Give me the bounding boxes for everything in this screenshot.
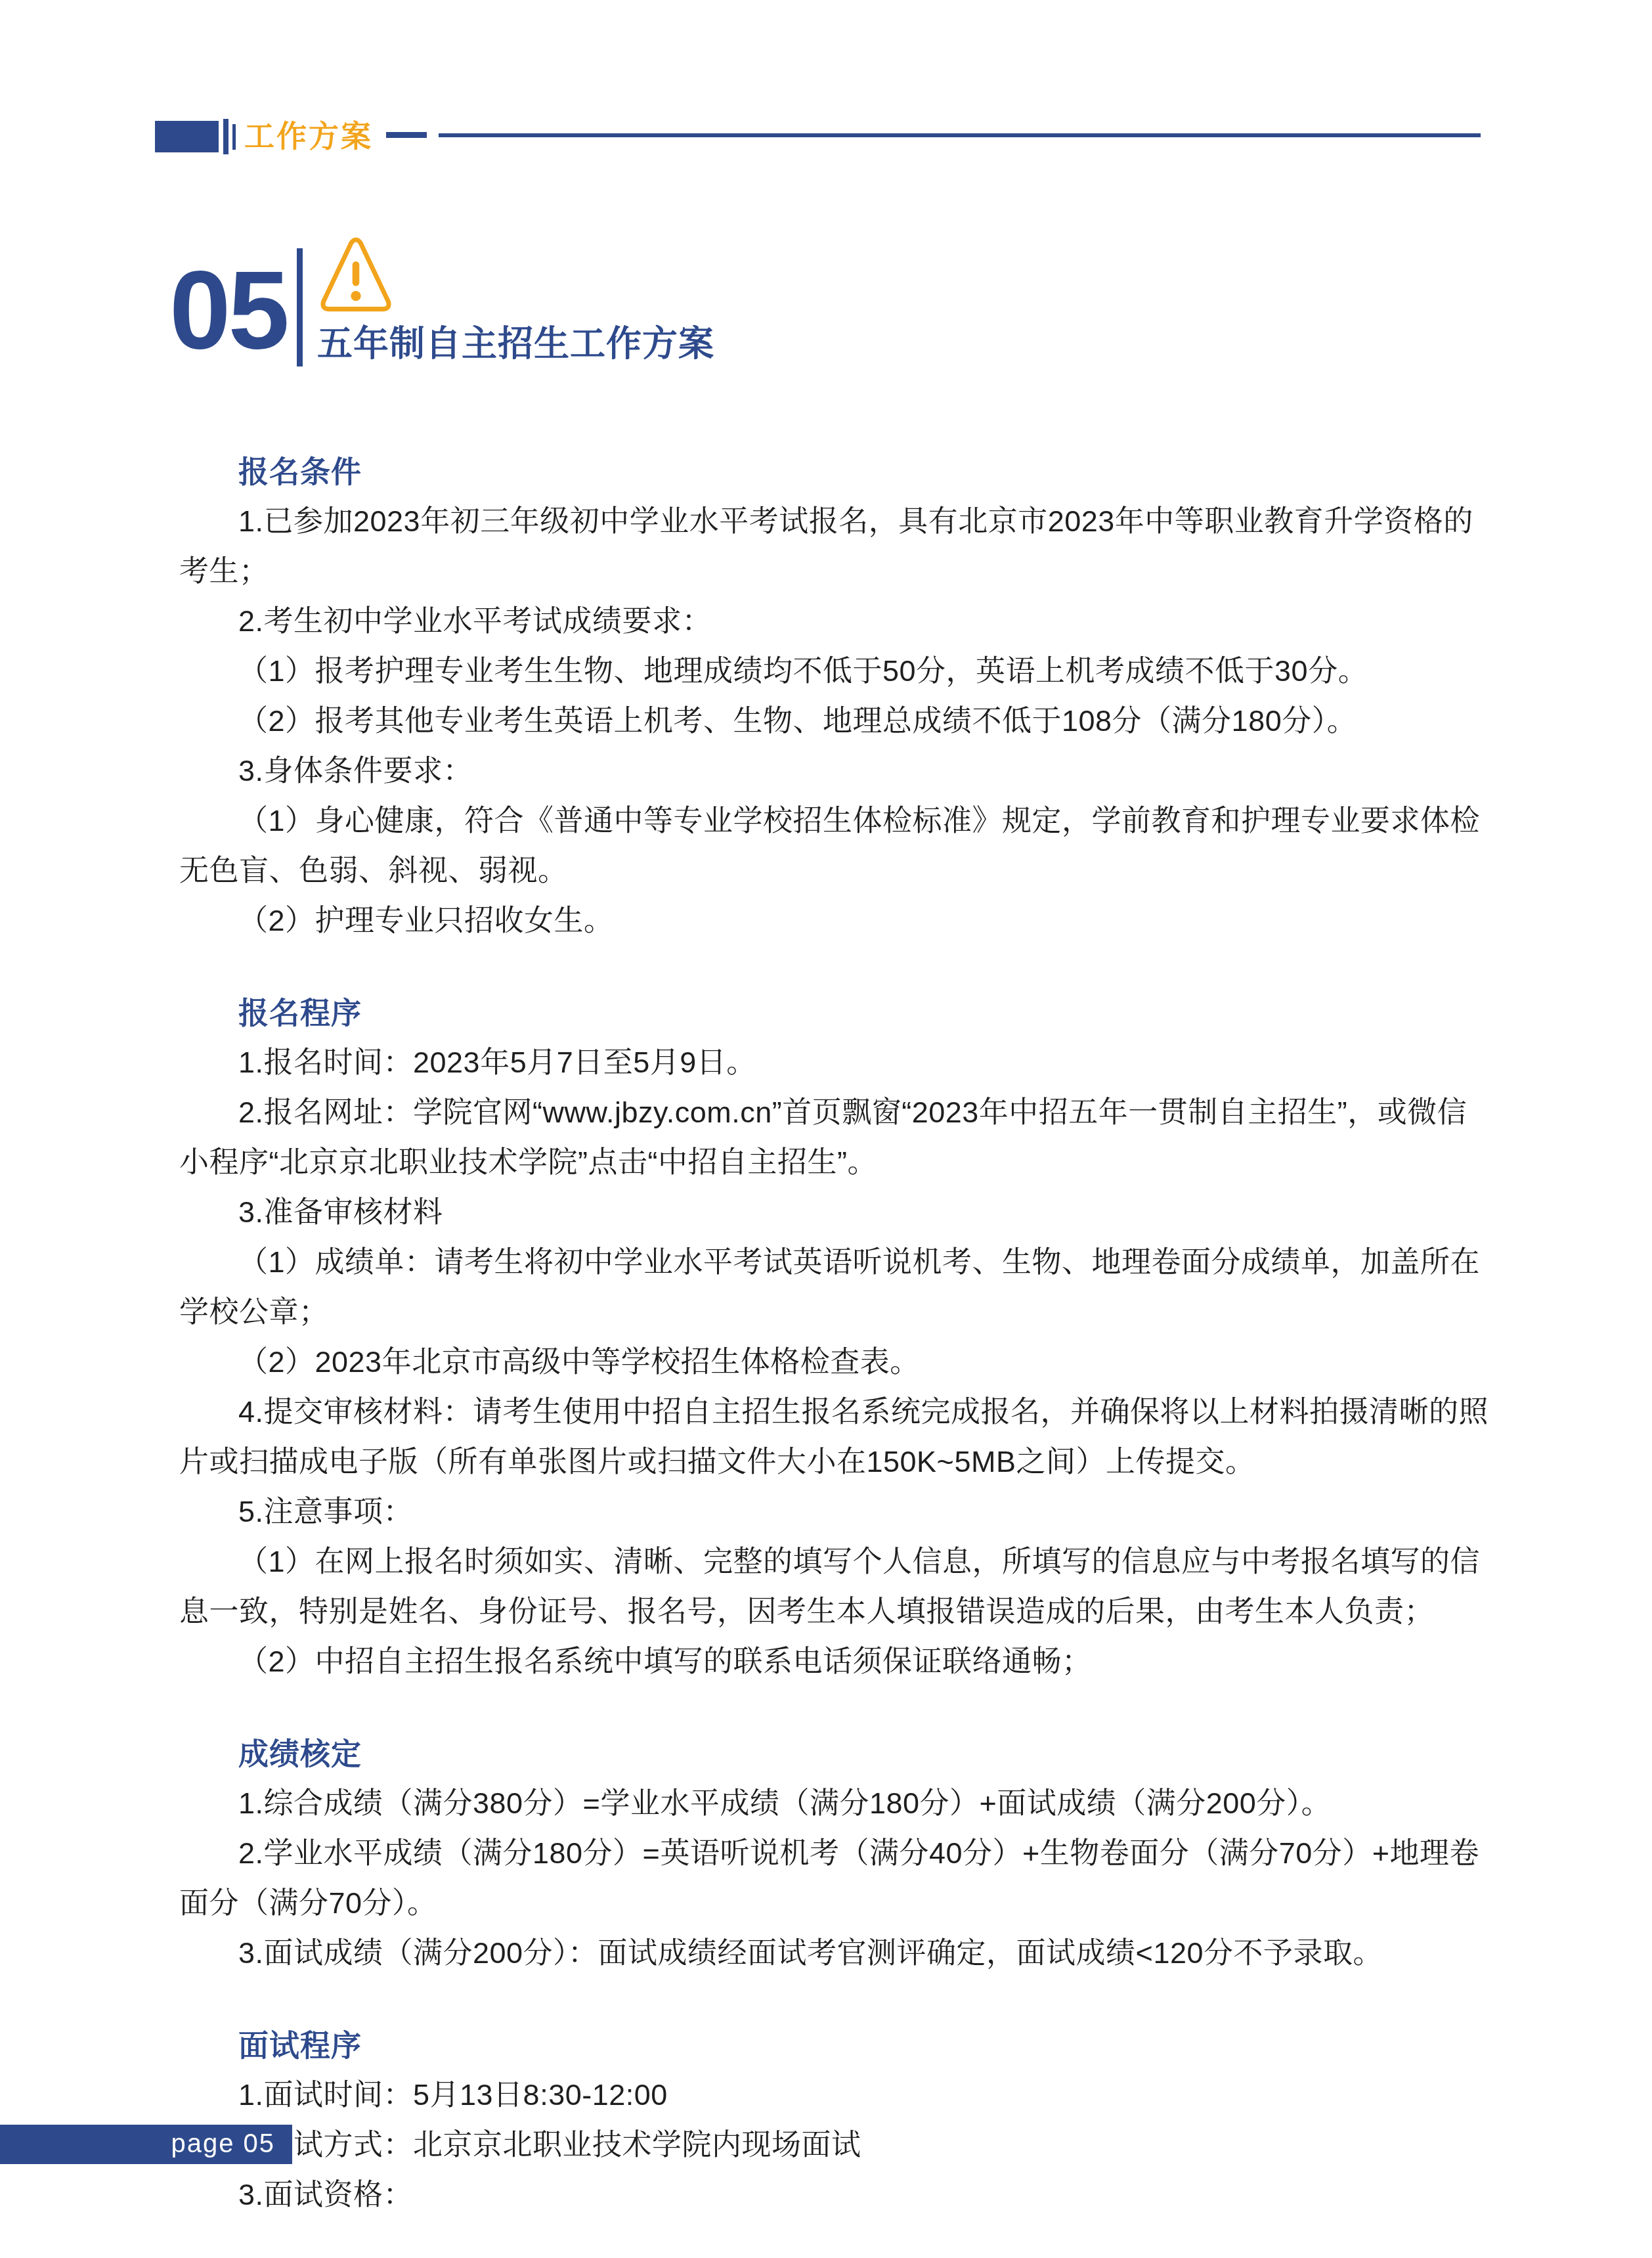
paragraph: 5.注意事项：	[179, 1487, 1490, 1537]
section-score-determination: 成绩核定 1.综合成绩（满分380分）=学业水平成绩（满分180分）+面试成绩（…	[179, 1729, 1490, 1978]
paragraph: 3.面试成绩（满分200分）：面试成绩经面试考官测评确定，面试成绩<120分不予…	[179, 1928, 1490, 1978]
paragraph: （1）身心健康，符合《普通中等专业学校招生体检标准》规定，学前教育和护理专业要求…	[179, 796, 1490, 896]
paragraph: （1）报考护理专业考生生物、地理成绩均不低于50分，英语上机考成绩不低于30分。	[179, 646, 1490, 696]
paragraph: （2）中招自主招生报名系统中填写的联系电话须保证联络通畅；	[179, 1637, 1490, 1687]
section-heading: 面试程序	[238, 2020, 1490, 2070]
paragraph: （2）报考其他专业考生英语上机考、生物、地理总成绩不低于108分（满分180分）…	[179, 696, 1490, 746]
section-heading: 成绩核定	[238, 1729, 1490, 1779]
paragraph: 1.已参加2023年初三年级初中学业水平考试报名，具有北京市2023年中等职业教…	[179, 497, 1490, 596]
section-interview-procedure: 面试程序 1.面试时间：5月13日8:30-12:00 2.面试方式：北京京北职…	[179, 2020, 1490, 2220]
paragraph: 4.提交审核材料：请考生使用中招自主招生报名系统完成报名，并确保将以上材料拍摄清…	[179, 1387, 1490, 1487]
paragraph: 2.面试方式：北京京北职业技术学院内现场面试	[179, 2120, 1490, 2170]
paragraph: 2.考生初中学业水平考试成绩要求：	[179, 596, 1490, 646]
paragraph: 1.面试时间：5月13日8:30-12:00	[179, 2070, 1490, 2120]
paragraph: 1.综合成绩（满分380分）=学业水平成绩（满分180分）+面试成绩（满分200…	[179, 1779, 1490, 1828]
paragraph: （1）成绩单：请考生将初中学业水平考试英语听说机考、生物、地理卷面分成绩单，加盖…	[179, 1237, 1490, 1337]
paragraph: 3.身体条件要求：	[179, 746, 1490, 796]
document-body: 报名条件 1.已参加2023年初三年级初中学业水平考试报名，具有北京市2023年…	[0, 0, 1652, 2220]
paragraph: （1）在网上报名时须如实、清晰、完整的填写个人信息，所填写的信息应与中考报名填写…	[179, 1537, 1490, 1637]
paragraph: 2.学业水平成绩（满分180分）=英语听说机考（满分40分）+生物卷面分（满分7…	[179, 1828, 1490, 1928]
section-enrollment-procedure: 报名程序 1.报名时间：2023年5月7日至5月9日。 2.报名网址：学院官网“…	[179, 988, 1490, 1687]
paragraph: （2）2023年北京市高级中等学校招生体格检查表。	[179, 1337, 1490, 1387]
section-enrollment-conditions: 报名条件 1.已参加2023年初三年级初中学业水平考试报名，具有北京市2023年…	[179, 447, 1490, 946]
section-heading: 报名程序	[238, 988, 1490, 1038]
paragraph: 1.报名时间：2023年5月7日至5月9日。	[179, 1038, 1490, 1088]
paragraph: 2.报名网址：学院官网“www.jbzy.com.cn”首页飘窗“2023年中招…	[179, 1088, 1490, 1187]
paragraph: （2）护理专业只招收女生。	[179, 896, 1490, 946]
paragraph: 3.面试资格：	[179, 2170, 1490, 2220]
section-heading: 报名条件	[238, 447, 1490, 497]
footer-page-indicator: page 05	[0, 2125, 292, 2164]
paragraph: 3.准备审核材料	[179, 1187, 1490, 1237]
